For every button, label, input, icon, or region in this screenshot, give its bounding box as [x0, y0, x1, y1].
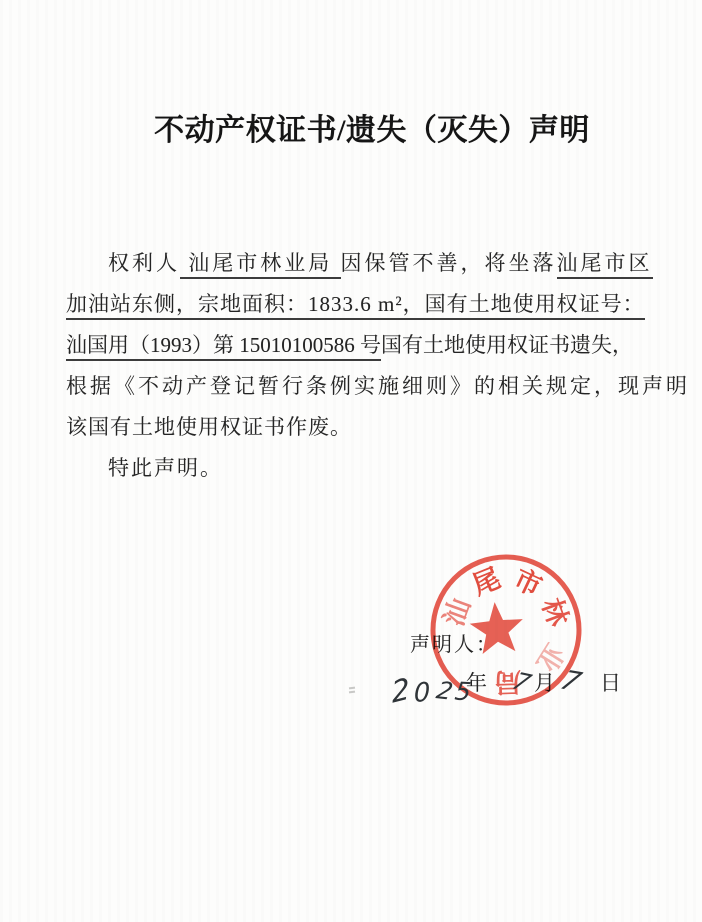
declaration-body: 权利人 汕尾市林业局 因保管不善，将坐落汕尾市区加油站东侧，宗地面积：1833.…: [66, 244, 664, 490]
scan-artifact: [349, 687, 358, 693]
underlined-text-segment: 加油站东侧，宗地面积：1833.6 m²，国有土地使用权证号：: [66, 292, 645, 320]
body-line: 根据《不动产登记暂行条例实施细则》的相关规定，现声明: [66, 367, 664, 408]
text-segment: 因保管不善，将坐落: [341, 251, 557, 275]
seal-char: 林: [536, 594, 574, 631]
body-line: 汕国用（1993）第 15010100586 号国有土地使用权证书遗失，: [66, 326, 664, 367]
handwritten-year-digit: 5: [454, 677, 477, 707]
seal-char: 尾: [468, 563, 504, 601]
seal-char: 汕: [438, 594, 475, 630]
text-segment: 国有土地使用权证书遗失，: [381, 333, 633, 357]
body-line: 特此声明。: [66, 449, 664, 490]
text-segment: 该国有土地使用权证书作废。: [66, 415, 352, 439]
month-unit-label: 月: [534, 667, 555, 697]
declarant-label: 声明人：: [410, 628, 498, 657]
body-line: 权利人 汕尾市林业局 因保管不善，将坐落汕尾市区: [66, 244, 664, 285]
underlined-text-segment: 汕尾市区: [557, 251, 653, 279]
body-line: 加油站东侧，宗地面积：1833.6 m²，国有土地使用权证号：: [66, 285, 664, 326]
handwritten-day: 7: [556, 665, 586, 697]
underlined-text-segment: 汕尾市林业局: [180, 251, 341, 279]
body-line: 该国有土地使用权证书作废。: [66, 408, 664, 449]
text-segment: 根据《不动产登记暂行条例实施细则》的相关规定，现声明: [66, 374, 690, 398]
day-unit-label: 日: [600, 667, 621, 697]
scanned-declaration-page: 不动产权证书/遗失（灭失）声明 权利人 汕尾市林业局 因保管不善，将坐落汕尾市区…: [0, 0, 702, 922]
text-segment: 特此声明。: [108, 456, 223, 480]
handwritten-month: 7: [508, 667, 536, 696]
underlined-text-segment: 汕国用（1993）第 15010100586 号: [66, 333, 381, 361]
handwritten-year: 2025: [392, 673, 474, 707]
handwritten-year-digit: 2: [390, 670, 414, 710]
text-segment: 权利人: [108, 251, 180, 275]
seal-char: 市: [509, 564, 546, 603]
handwritten-year-digit: 0: [414, 677, 435, 710]
document-title: 不动产权证书/遗失（灭失）声明: [0, 112, 702, 150]
